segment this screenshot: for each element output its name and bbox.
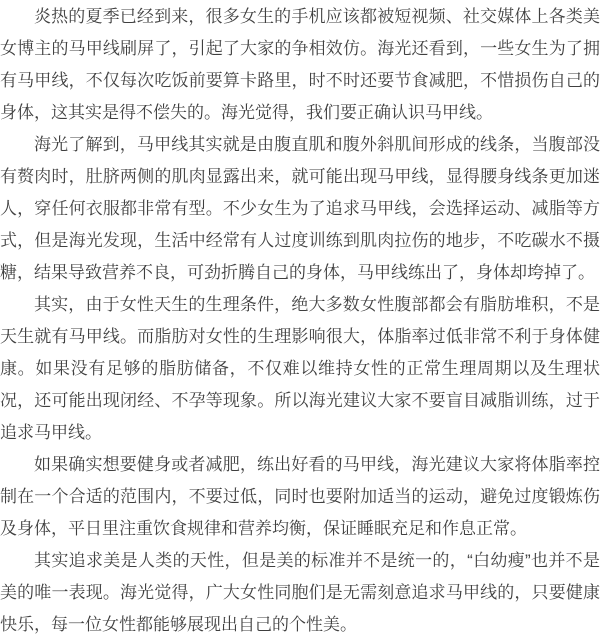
article-body: 炎热的夏季已经到来，很多女生的手机应该都被短视频、社交媒体上各类美女博主的马甲线… <box>0 0 600 640</box>
paragraph-fitness-advice: 如果确实想要健身或者减肥，练出好看的马甲线，海光建议大家将体脂率控制在一个合适的… <box>0 449 600 545</box>
paragraph-what-is-vest-line: 海光了解到，马甲线其实就是由腹直肌和腹外斜肌间形成的线条，当腹部没有赘肉时，肚脐… <box>0 129 600 289</box>
paragraph-body-fat-health: 其实，由于女性天生的生理条件，绝大多数女性腹部都会有脂肪堆积，不是天生就有马甲线… <box>0 289 600 449</box>
paragraph-conclusion: 其实追求美是人类的天性，但是美的标准并不是统一的，“白幼瘦”也并不是美的唯一表现… <box>0 545 600 640</box>
paragraph-intro: 炎热的夏季已经到来，很多女生的手机应该都被短视频、社交媒体上各类美女博主的马甲线… <box>0 1 600 129</box>
